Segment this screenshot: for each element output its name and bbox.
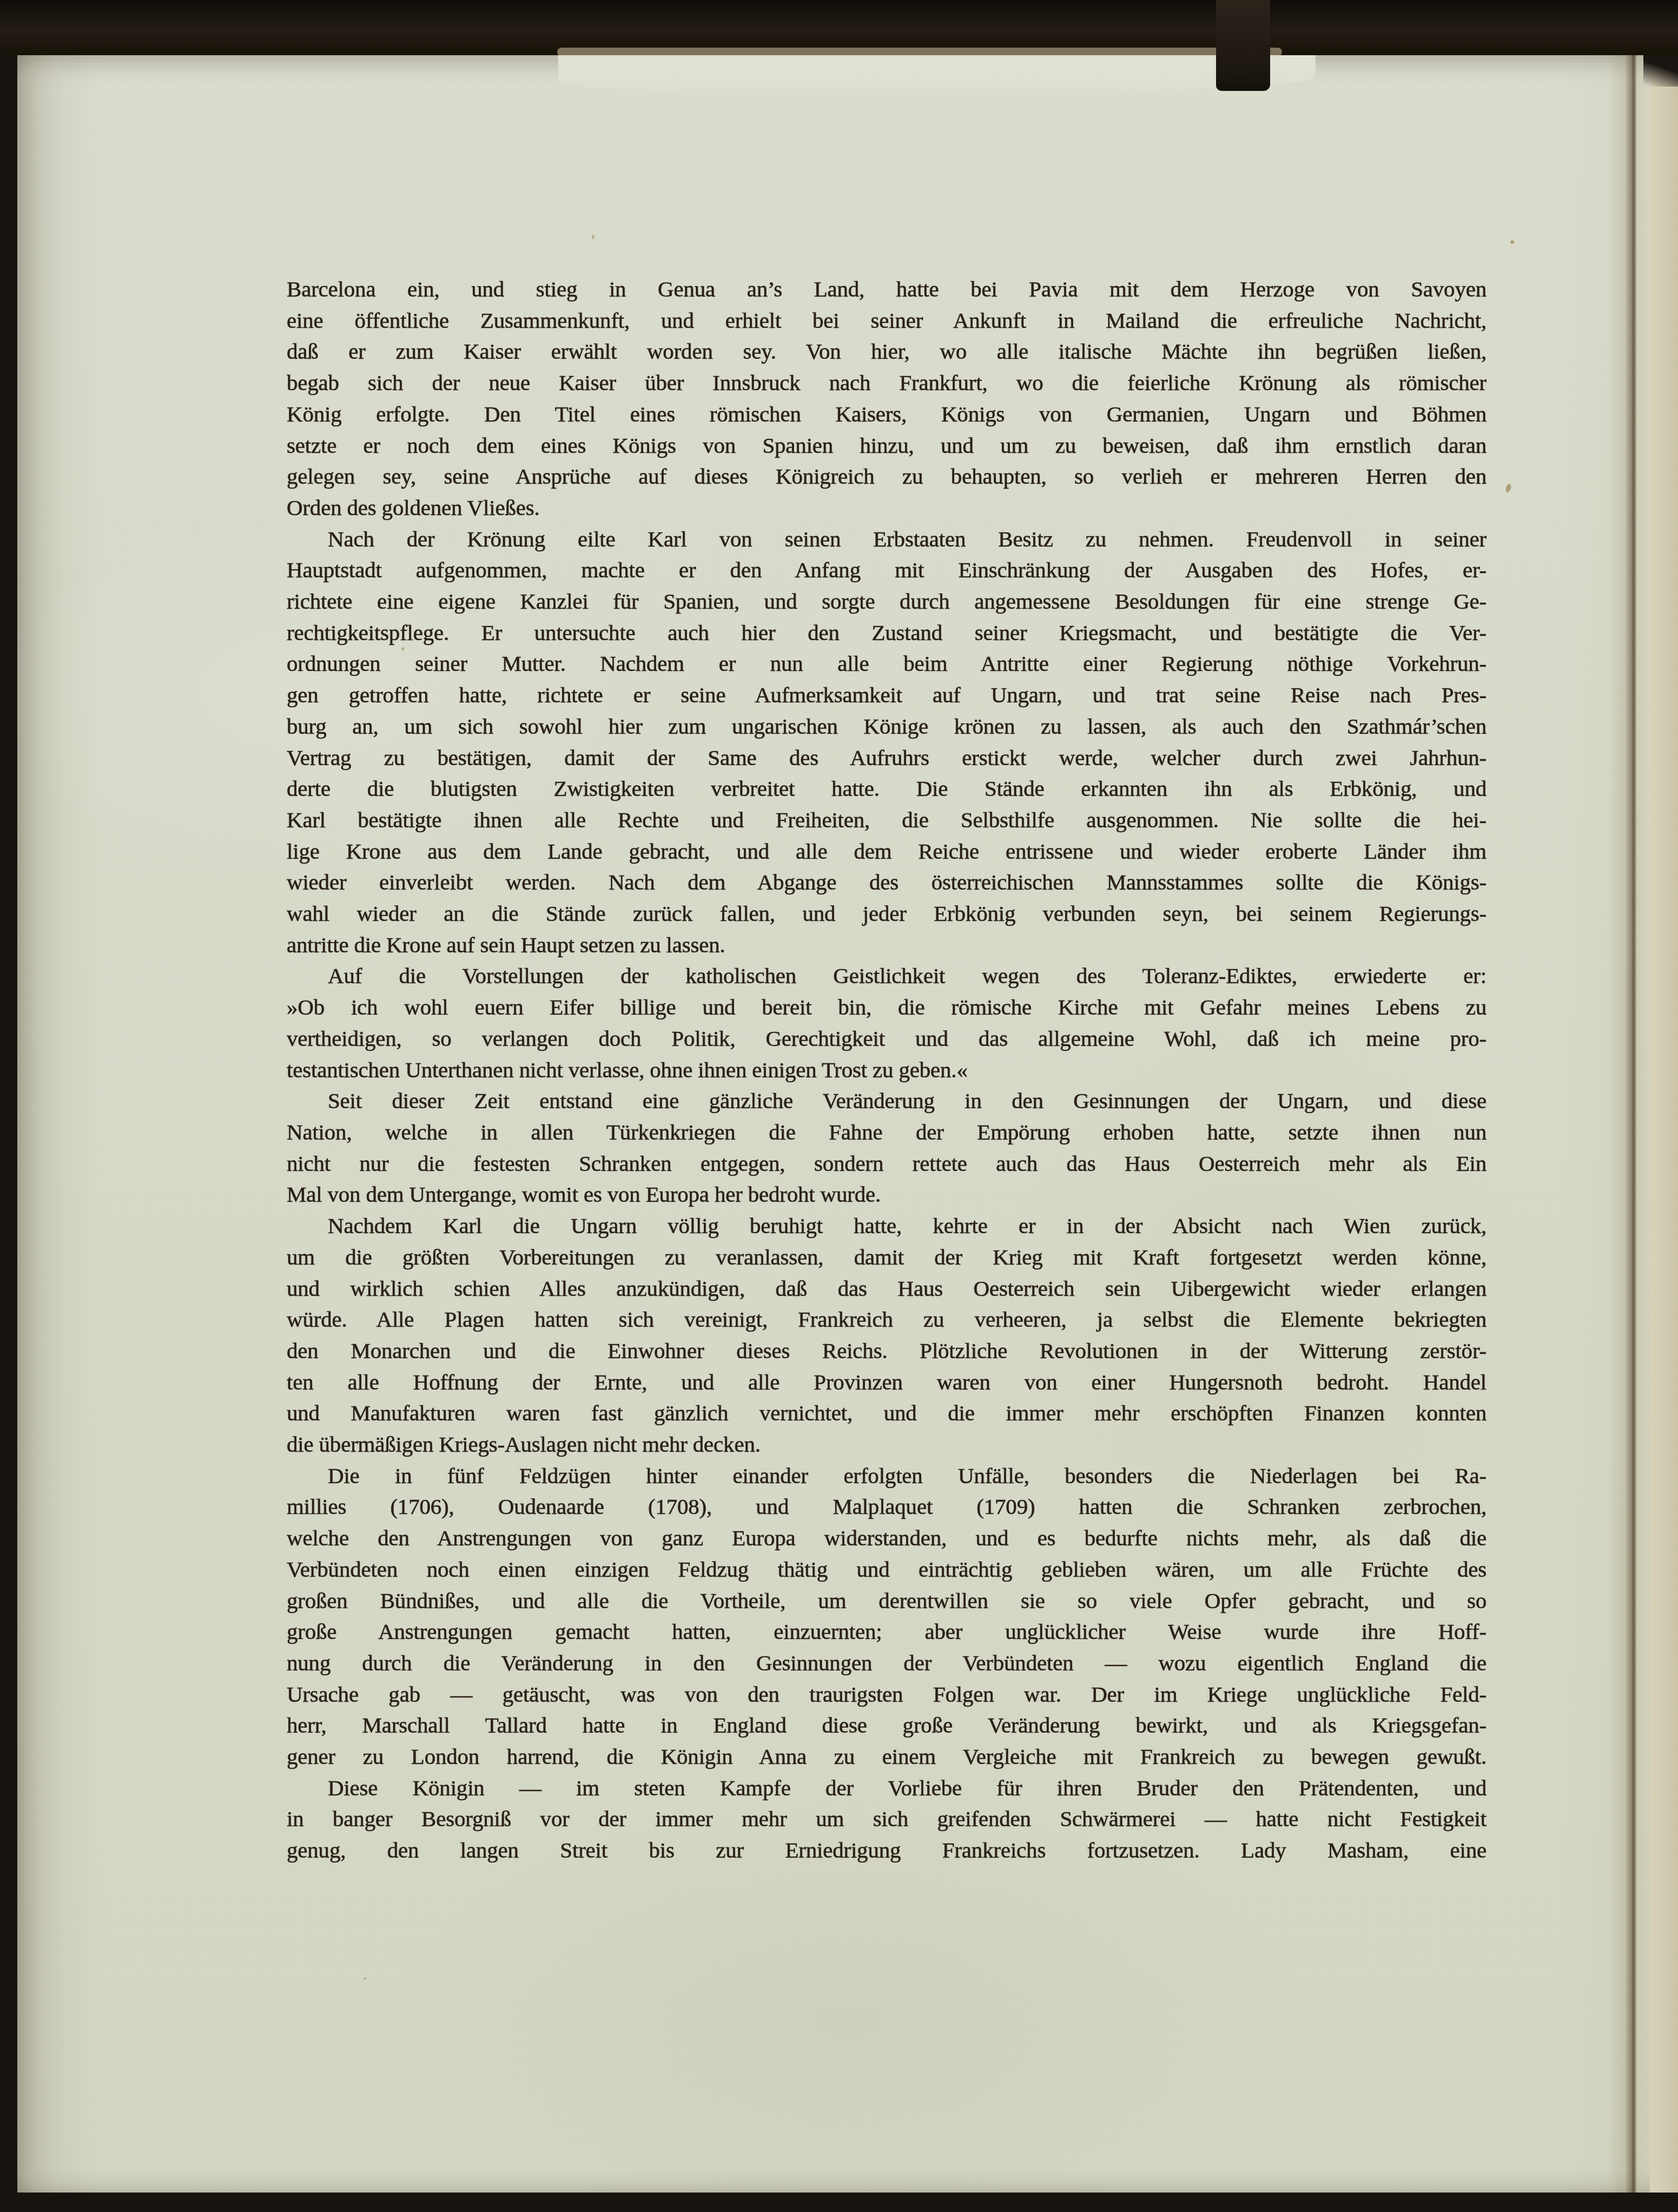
text-line: um die größten Vorbereitungen zu veranla…: [287, 1242, 1487, 1273]
text-line: millies (1706), Oudenaarde (1708), und M…: [287, 1491, 1487, 1523]
page-gutter-crease: [1608, 55, 1651, 2193]
text-line: Verbündeten noch einen einzigen Feldzug …: [287, 1554, 1487, 1585]
paragraph-continues: Diese Königin — im steten Kampfe der Vor…: [287, 1773, 1487, 1866]
paper-speck: [1505, 483, 1512, 493]
text-line: burg an, um sich sowohl hier zum ungaris…: [287, 711, 1487, 742]
text-line: lige Krone aus dem Lande gebracht, und a…: [287, 836, 1487, 867]
text-line: Vertrag zu bestätigen, damit der Same de…: [287, 742, 1487, 774]
text-line: richtete eine eigene Kanzlei für Spanien…: [287, 586, 1487, 617]
paper-speck: [1510, 240, 1514, 244]
text-line: Seit dieser Zeit entstand eine gänzliche…: [287, 1085, 1487, 1117]
text-line: Karl bestätigte ihnen alle Rechte und Fr…: [287, 805, 1487, 836]
text-line: Auf die Vorstellungen der katholischen G…: [287, 960, 1487, 992]
text-line: genug, den langen Streit bis zur Erniedr…: [287, 1835, 1487, 1866]
text-line: nicht nur die festesten Schranken entgeg…: [287, 1148, 1487, 1180]
text-line: gen getroffen hatte, richtete er seine A…: [287, 680, 1487, 711]
text-line: Nation, welche in allen Türkenkriegen di…: [287, 1117, 1487, 1148]
text-block: Barcelona ein, und stieg in Genua an’s L…: [287, 274, 1487, 1866]
top-right-shadow: [1643, 55, 1678, 87]
paragraph: Die in fünf Feldzügen hinter einander er…: [287, 1460, 1487, 1773]
text-line: den Monarchen und die Einwohner dieses R…: [287, 1335, 1487, 1367]
text-line: ten alle Hoffnung der Ernte, und alle Pr…: [287, 1367, 1487, 1398]
text-line: würde. Alle Plagen hatten sich vereinigt…: [287, 1304, 1487, 1335]
paragraph: Seit dieser Zeit entstand eine gänzliche…: [287, 1085, 1487, 1210]
paper-speck: [592, 235, 594, 239]
text-line: Hauptstadt aufgenommen, machte er den An…: [287, 555, 1487, 586]
bookmark-ribbon: [1216, 0, 1270, 91]
text-line: herr, Marschall Tallard hatte in England…: [287, 1710, 1487, 1741]
text-line: Die in fünf Feldzügen hinter einander er…: [287, 1460, 1487, 1492]
text-line: daß er zum Kaiser erwählt worden sey. Vo…: [287, 336, 1487, 367]
book-page: Barcelona ein, und stieg in Genua an’s L…: [17, 55, 1678, 2193]
page-top-deckle-edge: [558, 55, 1316, 95]
text-line: Diese Königin — im steten Kampfe der Vor…: [287, 1773, 1487, 1804]
paper-speck: [364, 1977, 366, 1980]
paragraph: Nachdem Karl die Ungarn völlig beruhigt …: [287, 1210, 1487, 1460]
text-line: Mal von dem Untergange, womit es von Eur…: [287, 1179, 1487, 1210]
text-line: nung durch die Veränderung in den Gesinn…: [287, 1648, 1487, 1679]
text-line: setzte er noch dem eines Königs von Span…: [287, 430, 1487, 462]
text-line: Barcelona ein, und stieg in Genua an’s L…: [287, 274, 1487, 305]
text-line: welche den Anstrengungen von ganz Europa…: [287, 1523, 1487, 1554]
text-line: ordnungen seiner Mutter. Nachdem er nun …: [287, 648, 1487, 680]
text-line: Nach der Krönung eilte Karl von seinen E…: [287, 524, 1487, 555]
text-line: und Manufakturen waren fast gänzlich ver…: [287, 1398, 1487, 1429]
text-line: »Ob ich wohl euern Eifer billige und ber…: [287, 992, 1487, 1023]
text-line: rechtigkeitspflege. Er untersuchte auch …: [287, 617, 1487, 649]
text-line: wahl wieder an die Stände zurück fallen,…: [287, 898, 1487, 930]
text-line: gener zu London harrend, die Königin Ann…: [287, 1741, 1487, 1773]
text-line: eine öffentliche Zusammenkunft, und erhi…: [287, 305, 1487, 337]
text-line: derte die blutigsten Zwistigkeiten verbr…: [287, 773, 1487, 805]
book-binding-top: [0, 0, 1678, 55]
text-line: in banger Besorgniß vor der immer mehr u…: [287, 1803, 1487, 1835]
text-line: König erfolgte. Den Titel eines römische…: [287, 399, 1487, 430]
text-line: vertheidigen, so verlangen doch Politik,…: [287, 1023, 1487, 1055]
text-line: Nachdem Karl die Ungarn völlig beruhigt …: [287, 1210, 1487, 1242]
text-line: die übermäßigen Kriegs-Auslagen nicht me…: [287, 1429, 1487, 1460]
text-line: große Anstrengungen gemacht hatten, einz…: [287, 1616, 1487, 1648]
text-line: und wirklich schien Alles anzukündigen, …: [287, 1273, 1487, 1305]
text-line: begab sich der neue Kaiser über Innsbruc…: [287, 367, 1487, 399]
text-line: großen Bündnißes, und alle die Vortheile…: [287, 1585, 1487, 1617]
text-line: wieder einverleibt werden. Nach dem Abga…: [287, 867, 1487, 898]
text-line: Ursache gab — getäuscht, was von den tra…: [287, 1679, 1487, 1710]
text-line: Orden des goldenen Vließes.: [287, 492, 1487, 524]
paragraph: Auf die Vorstellungen der katholischen G…: [287, 960, 1487, 1085]
text-line: gelegen sey, seine Ansprüche auf dieses …: [287, 461, 1487, 492]
text-line: antritte die Krone auf sein Haupt setzen…: [287, 930, 1487, 961]
paragraph: Nach der Krönung eilte Karl von seinen E…: [287, 524, 1487, 961]
paragraph-continuation: Barcelona ein, und stieg in Genua an’s L…: [287, 274, 1487, 524]
adjacent-page-edge: [1650, 55, 1678, 2193]
text-line: testantischen Unterthanen nicht verlasse…: [287, 1055, 1487, 1086]
book-scan: Barcelona ein, und stieg in Genua an’s L…: [0, 0, 1678, 2212]
